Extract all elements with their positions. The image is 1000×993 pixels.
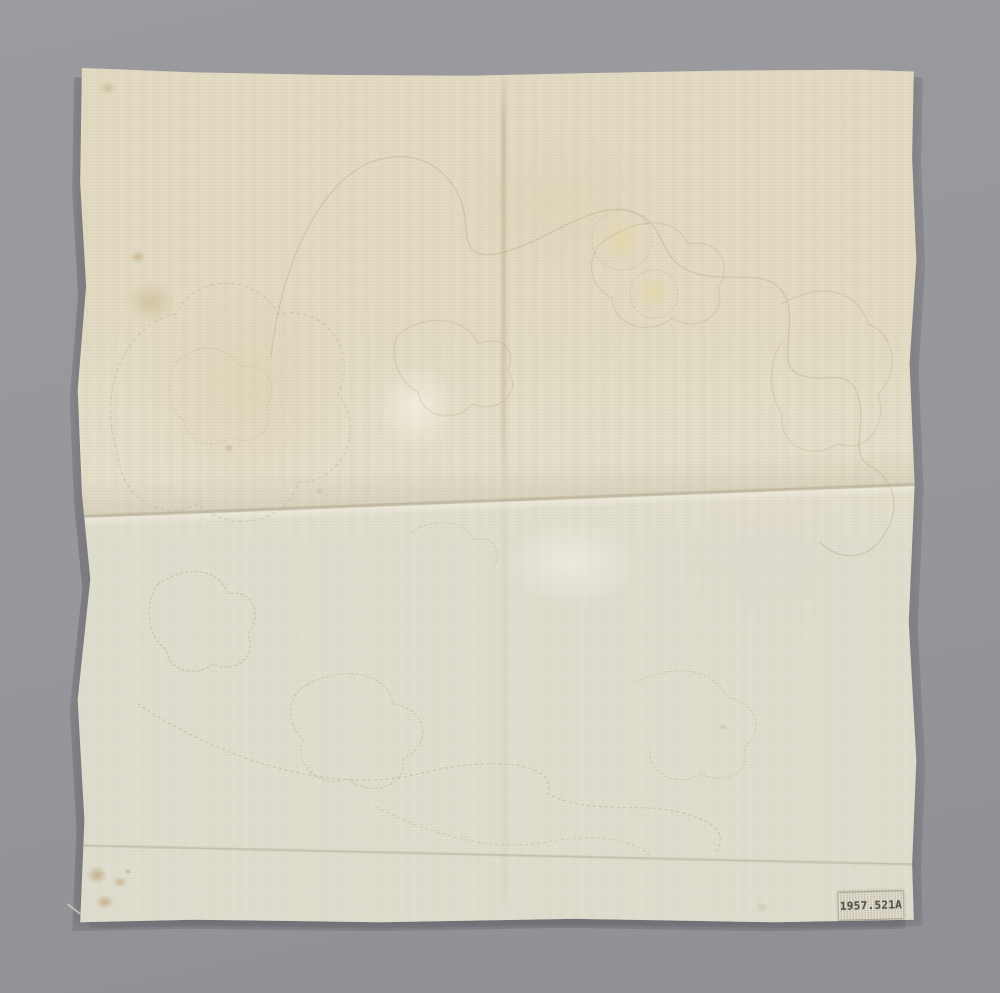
stain-spot [92, 892, 118, 912]
stain-spot [82, 862, 112, 888]
stain-spot [222, 442, 236, 454]
vertical-fold-crease [501, 68, 506, 504]
stain-spot [110, 874, 130, 890]
stain-spot [128, 248, 148, 266]
stain-spot [124, 868, 132, 875]
rosette-glow [590, 208, 654, 272]
stain-spot [752, 900, 772, 914]
bottom-hem-stitch-line [72, 844, 928, 865]
accession-label: 1957.521A [838, 890, 905, 921]
stain-spot [717, 722, 729, 732]
photo-canvas: 1957.521A [0, 0, 1000, 993]
stain-spot [116, 272, 186, 332]
accession-number: 1957.521A [840, 898, 903, 913]
stain-spot [97, 78, 119, 98]
rosette-glow [628, 268, 678, 318]
textile-cloth: 1957.521A [76, 62, 918, 924]
vertical-fold-crease-lower [502, 502, 506, 902]
light-patch [361, 347, 471, 467]
